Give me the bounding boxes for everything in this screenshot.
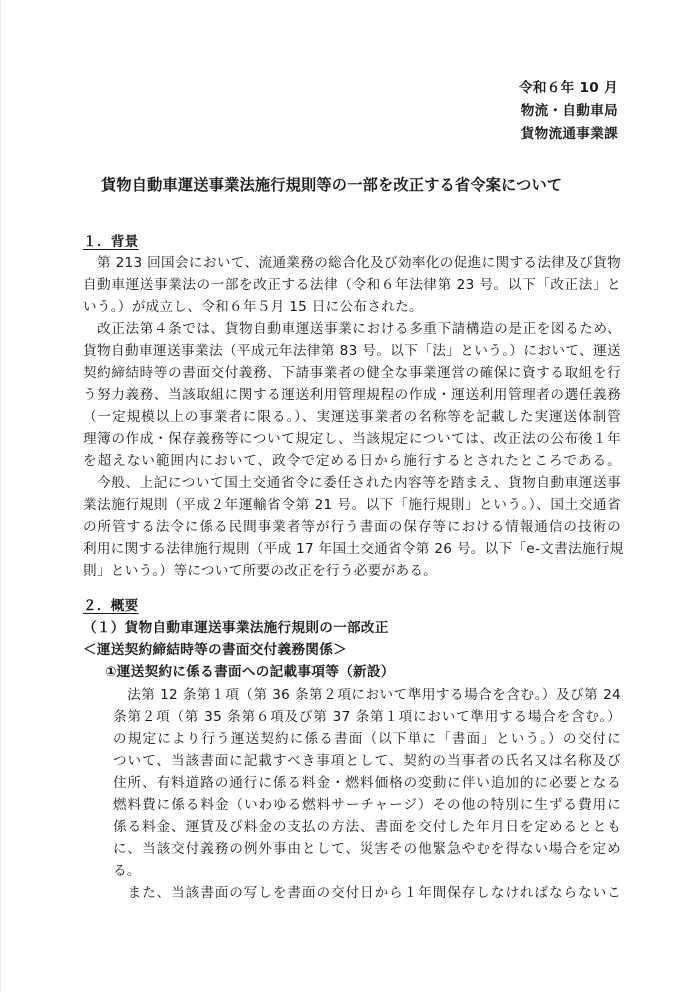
paragraph-line: 今般、上記について国土交通省令に委任された内容等を踏まえ、貨物自動車運送事: [83, 473, 621, 493]
paragraph-line: 改正法第４条では、貨物自動車運送事業における多重下請構造の是正を図るため、: [83, 319, 621, 339]
paragraph-line: に、当該交付義務の例外事由として、災害その他緊急やむを得ない場合を定め: [113, 839, 621, 859]
paragraph-line: 利用に関する法律施行規則（平成 17 年国土交通省令第 26 号。以下「e-文書…: [83, 539, 621, 559]
section-1-heading: １．背景: [83, 232, 139, 252]
section-2-heading: ２．概要: [83, 596, 139, 616]
paragraph-line: の規定により行う運送契約に係る書面（以下単に「書面」という。）の交付に: [113, 729, 621, 749]
subsection-heading: （１）貨物自動車運送事業法施行規則の一部改正: [83, 618, 389, 638]
paragraph-line: 自動車運送事業法の一部を改正する法律（令和６年法律第 23 号。以下「改正法」と: [83, 275, 621, 295]
paragraph-line: 貨物自動車運送事業法（平成元年法律第 83 号。以下「法」という。）において、運…: [83, 341, 621, 361]
paragraph-line: ついて、当該書面に記載すべき事項として、契約の当事者の氏名又は名称及び: [113, 751, 621, 771]
paragraph-line: 条第２項（第 35 条第６項及び第 37 条第１項において準用する場合を含む。）: [113, 707, 621, 727]
paragraph-line: う努力義務、当該取組に関する運送利用管理規程の作成・運送利用管理者の選任義務: [83, 385, 621, 405]
paragraph-line: （一定規模以上の事業者に限る。）、実運送事業者の名称等を記載した実運送体制管: [83, 407, 621, 427]
issuing-division: 貨物流通事業課: [521, 124, 618, 144]
paragraph-line: 理簿の作成・保存義務等について規定し、当該規定については、改正法の公布後１年: [83, 429, 621, 449]
paragraph-line: 契約締結時等の書面交付義務、下請事業者の健全な事業運営の確保に資する取組を行: [83, 363, 621, 383]
paragraph-line: 燃料費に係る料金（いわゆる燃料サーチャージ）その他の特別に生ずる費用に: [113, 795, 621, 815]
document-page: 令和６年 10 月 物流・自動車局 貨物流通事業課 貨物自動車運送事業法施行規則…: [0, 0, 700, 992]
paragraph-line: を超えない範囲内において、政令で定める日から施行するとされたところである。: [83, 451, 621, 471]
issuing-bureau: 物流・自動車局: [521, 101, 618, 121]
paragraph-line: 係る料金、運賃及び料金の支払の方法、書面を交付した年月日を定めるととも: [113, 817, 621, 837]
paragraph-line: また、当該書面の写しを書面の交付日から１年間保存しなければならないこ: [113, 883, 621, 903]
paragraph-line: の所管する法令に係る民間事業者等が行う書面の保存等における情報通信の技術の: [83, 517, 621, 537]
paragraph-line: 第 213 回国会において、流通業務の総合化及び効率化の促進に関する法律及び貨物: [83, 253, 621, 273]
paragraph-line: 法第 12 条第１項（第 36 条第２項において準用する場合を含む。）及び第 2…: [113, 685, 621, 705]
paragraph-line: 住所、有料道路の通行に係る料金・燃料価格の変動に伴い追加的に必要となる: [113, 773, 621, 793]
document-title: 貨物自動車運送事業法施行規則等の一部を改正する省令案について: [101, 175, 562, 195]
issue-date: 令和６年 10 月: [519, 78, 618, 98]
item-heading: ①運送契約に係る書面への記載事項等（新設）: [105, 662, 395, 682]
paragraph-line: る。: [113, 861, 141, 881]
paragraph-line: 則」という。）等について所要の改正を行う必要がある。: [83, 561, 437, 581]
paragraph-line: 業法施行規則（平成２年運輸省令第 21 号。以下「施行規則」という。）、国土交通…: [83, 495, 621, 515]
group-heading: ＜運送契約締結時等の書面交付義務関係＞: [83, 640, 347, 660]
paragraph-line: いう。）が成立し、令和６年５月 15 日に公布された。: [83, 297, 423, 317]
